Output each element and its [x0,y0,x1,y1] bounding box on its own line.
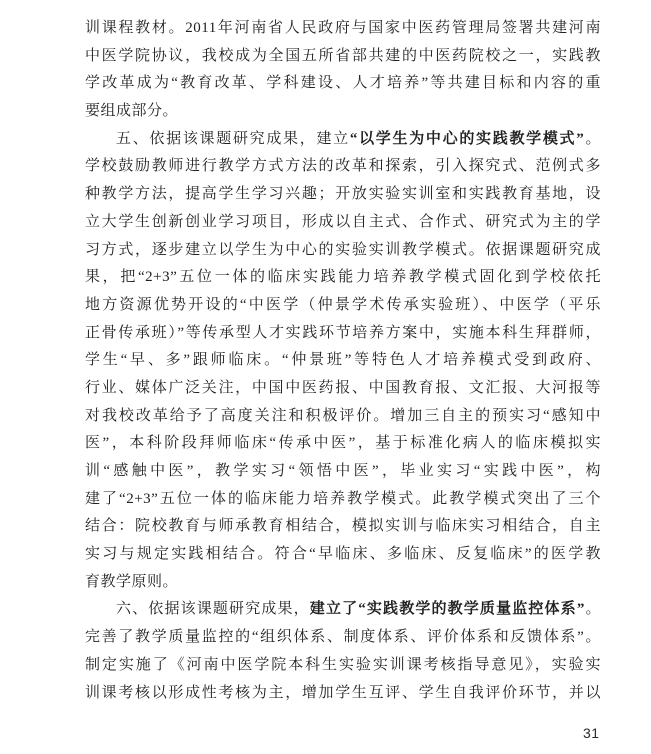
text-line: 完善了教学质量监控的“组织体系、制度体系、评价体系和反馈体系”。 [85,624,601,652]
text-segment: 训课程教材。2011年河南省人民政府与国家中医药管理局签署共建河南 [85,20,601,36]
text-line: 种教学方法，提高学生学习兴趣；开放实验实训室和实践教育基地，设 [85,181,601,209]
text-line: 立大学生创新创业学习项目，形成以自主式、合作式、研究式为主的学 [85,209,601,237]
text-line: 六、依据该课题研究成果，建立了“实践教学的教学质量监控体系”。 [85,596,601,624]
text-segment: 种教学方法，提高学生学习兴趣；开放实验实训室和实践教育基地，设 [85,186,601,202]
text-segment: 行业、媒体广泛关注，中国中医药报、中国教育报、文汇报、大河报等 [85,380,601,396]
text-line: 结合：院校教育与师承教育相结合，模拟实训与临床实习相结合，自主 [85,513,601,541]
text-segment: 果，把“2+3”五位一体的临床实践能力培养教学模式固化到学校依托 [85,269,601,285]
text-segment: 学生“早、多”跟师临床。“仲景班”等特色人才培养模式受到政府、 [85,352,601,368]
document-body: 训课程教材。2011年河南省人民政府与国家中医药管理局签署共建河南中医学院协议，… [85,15,601,707]
text-segment: 习方式，逐步建立以学生为中心的实验实训教学模式。依据课题研究成 [85,242,601,258]
text-line: 学改革成为“教育改革、学科建设、人才培养”等共建目标和内容的重 [85,70,601,98]
text-line: 制定实施了《河南中医学院本科生实验实训课考核指导意见》，实验实 [85,652,601,680]
text-segment: “以学生为中心的实践教学模式” [350,131,584,147]
text-segment: 六、依据该课题研究成果， [116,601,310,617]
text-line: 训“感触中医”，教学实习“领悟中医”，毕业实习“实践中医”，构 [85,458,601,486]
text-segment: 。 [584,131,601,147]
text-line: 习方式，逐步建立以学生为中心的实验实训教学模式。依据课题研究成 [85,237,601,265]
text-segment: 对我校改革给予了高度关注和积极评价。增加三自主的预实习“感知中 [85,408,601,424]
text-segment: 结合：院校教育与师承教育相结合，模拟实训与临床实习相结合，自主 [85,518,601,534]
text-line: 行业、媒体广泛关注，中国中医药报、中国教育报、文汇报、大河报等 [85,375,601,403]
text-segment: 医”，本科阶段拜师临床“传承中医”，基于标准化病人的临床模拟实 [85,435,601,451]
text-segment: 完善了教学质量监控的“组织体系、制度体系、评价体系和反馈体系”。 [85,629,601,645]
text-segment: 学改革成为“教育改革、学科建设、人才培养”等共建目标和内容的重 [85,75,601,91]
text-segment: 五、依据该课题研究成果，建立 [116,131,350,147]
text-line: 实习与规定实践相结合。符合“早临床、多临床、反复临床”的医学教 [85,541,601,569]
text-line: 中医学院协议，我校成为全国五所省部共建的中医药院校之一，实践教 [85,43,601,71]
document-page: 训课程教材。2011年河南省人民政府与国家中医药管理局签署共建河南中医学院协议，… [0,0,651,754]
text-segment: 正骨传承班）”等传承型人才实践环节培养方案中，实施本科生拜群师， [85,325,601,341]
text-segment: 学校鼓励教师进行教学方式方法的改革和探索，引入探究式、范例式多 [85,158,601,174]
text-line: 对我校改革给予了高度关注和积极评价。增加三自主的预实习“感知中 [85,403,601,431]
text-segment: 建了“2+3”五位一体的临床能力培养教学模式。此教学模式突出了三个 [85,491,601,507]
text-line: 学生“早、多”跟师临床。“仲景班”等特色人才培养模式受到政府、 [85,347,601,375]
text-line: 训课考核以形成性考核为主，增加学生互评、学生自我评价环节，并以 [85,680,601,708]
text-line: 育教学原则。 [85,569,601,597]
text-line: 果，把“2+3”五位一体的临床实践能力培养教学模式固化到学校依托 [85,264,601,292]
text-segment: 立大学生创新创业学习项目，形成以自主式、合作式、研究式为主的学 [85,214,601,230]
text-segment: 训课考核以形成性考核为主，增加学生互评、学生自我评价环节，并以 [85,685,601,701]
text-segment: 建立了“实践教学的教学质量监控体系” [310,601,585,617]
text-segment: 实习与规定实践相结合。符合“早临床、多临床、反复临床”的医学教 [85,546,601,562]
text-line: 医”，本科阶段拜师临床“传承中医”，基于标准化病人的临床模拟实 [85,430,601,458]
text-segment: 训“感触中医”，教学实习“领悟中医”，毕业实习“实践中医”，构 [85,463,601,479]
text-line: 学校鼓励教师进行教学方式方法的改革和探索，引入探究式、范例式多 [85,153,601,181]
text-line: 建了“2+3”五位一体的临床能力培养教学模式。此教学模式突出了三个 [85,486,601,514]
text-line: 训课程教材。2011年河南省人民政府与国家中医药管理局签署共建河南 [85,15,601,43]
text-line: 要组成部分。 [85,98,601,126]
text-line: 五、依据该课题研究成果，建立“以学生为中心的实践教学模式”。 [85,126,601,154]
text-segment: 地方资源优势开设的“中医学（仲景学术传承实验班）、中医学（平乐 [85,297,601,313]
text-line: 地方资源优势开设的“中医学（仲景学术传承实验班）、中医学（平乐 [85,292,601,320]
page-number: 31 [583,725,600,741]
text-segment: 育教学原则。 [85,574,178,590]
text-segment: 。 [585,601,601,617]
text-line: 正骨传承班）”等传承型人才实践环节培养方案中，实施本科生拜群师， [85,320,601,348]
text-segment: 制定实施了《河南中医学院本科生实验实训课考核指导意见》，实验实 [85,657,601,673]
text-segment: 要组成部分。 [85,103,178,119]
text-segment: 中医学院协议，我校成为全国五所省部共建的中医药院校之一，实践教 [85,48,601,64]
